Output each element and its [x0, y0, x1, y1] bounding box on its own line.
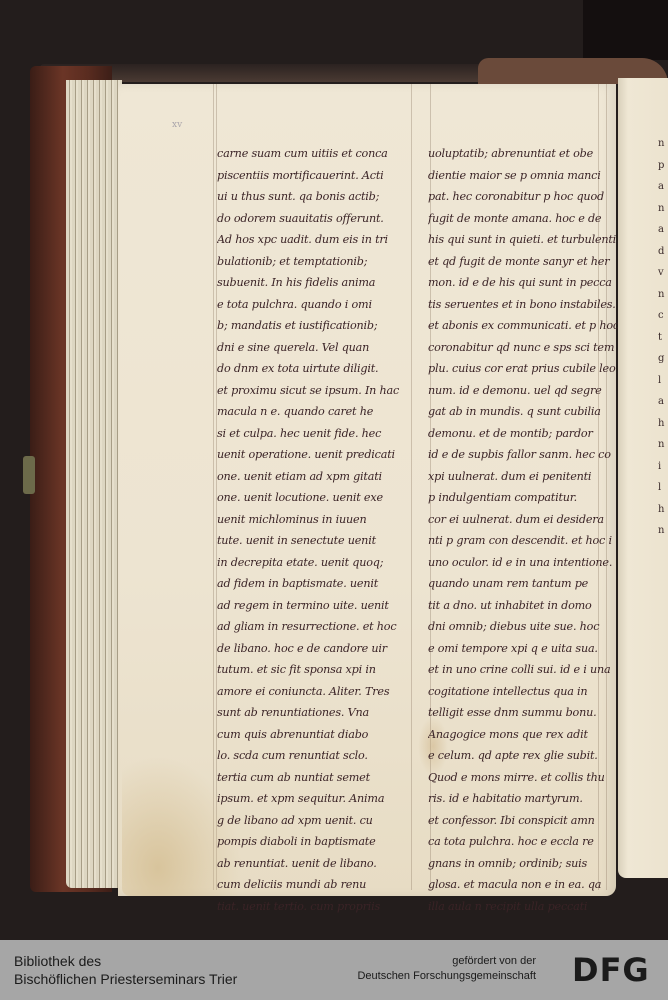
- facing-page-letter: p: [658, 155, 664, 177]
- funding-line-2: Deutschen Forschungsgemeinschaft: [357, 969, 536, 984]
- manuscript-line: num. id e demonu. uel qd segre: [428, 380, 618, 402]
- library-name: Bibliothek des Bischöflichen Priestersem…: [14, 952, 237, 988]
- manuscript-line: gat ab in mundis. q sunt cubilia: [428, 401, 618, 423]
- manuscript-line: ca tota pulchra. hoc e eccla re: [428, 831, 618, 853]
- manuscript-line: de libano. hoc e de candore uir: [217, 638, 407, 660]
- manuscript-line: uoluptatib; abrenuntiat et obe: [428, 143, 618, 165]
- manuscript-line: plu. cuius cor erat prius cubile leo: [428, 358, 618, 380]
- manuscript-line: xpi uulnerat. dum ei penitenti: [428, 466, 618, 488]
- manuscript-line: his qui sunt in quieti. et turbulenti: [428, 229, 618, 251]
- manuscript-line: mon. id e de his qui sunt in pecca: [428, 272, 618, 294]
- manuscript-line: lo. scda cum renuntiat sclo.: [217, 745, 407, 767]
- manuscript-line: et in uno crine colli sui. id e i una: [428, 659, 618, 681]
- manuscript-line: coronabitur qd nunc e sps sci tem: [428, 337, 618, 359]
- manuscript-line: Quod e mons mirre. et collis thu: [428, 767, 618, 789]
- manuscript-line: ad gliam in resurrectione. et hoc: [217, 616, 407, 638]
- manuscript-line: macula n e. quando caret he: [217, 401, 407, 423]
- library-line-2: Bischöflichen Priesterseminars Trier: [14, 970, 237, 988]
- funding-line-1: gefördert von der: [357, 954, 536, 969]
- dfg-logo: DFG: [572, 952, 650, 988]
- facing-page-letter: n: [658, 133, 664, 155]
- manuscript-line: bulationib; et temptationib;: [217, 251, 407, 273]
- facing-page-letter: n: [658, 284, 664, 306]
- manuscript-line: dientie maior se p omnia manci: [428, 165, 618, 187]
- manuscript-line: in decrepita etate. uenit quoq;: [217, 552, 407, 574]
- manuscript-line: et qd fugit de monte sanyr et her: [428, 251, 618, 273]
- manuscript-line: tiat. uenit tertio. cum propriis: [217, 896, 407, 918]
- facing-page-letter: a: [658, 391, 664, 413]
- manuscript-line: quando unam rem tantum pe: [428, 573, 618, 595]
- manuscript-line: tutum. et sic fit sponsa xpi in: [217, 659, 407, 681]
- facing-page-letter: n: [658, 520, 664, 542]
- manuscript-line: tis seruentes et in bono instabiles.: [428, 294, 618, 316]
- manuscript-line: do odorem suauitatis offerunt.: [217, 208, 407, 230]
- manuscript-line: demonu. et de montib; pardor: [428, 423, 618, 445]
- page-edges: [66, 80, 122, 888]
- manuscript-line: cum quis abrenuntiat diabo: [217, 724, 407, 746]
- manuscript-line: et confessor. Ibi conspicit amn: [428, 810, 618, 832]
- footer-bar: Bibliothek des Bischöflichen Priestersem…: [0, 940, 668, 1000]
- manuscript-line: piscentiis mortificauerint. Acti: [217, 165, 407, 187]
- manuscript-line: dni omnib; diebus uite sue. hoc: [428, 616, 618, 638]
- manuscript-line: sunt ab renuntiationes. Vna: [217, 702, 407, 724]
- manuscript-line: fugit de monte amana. hoc e de: [428, 208, 618, 230]
- facing-page-letter: t: [658, 327, 664, 349]
- facing-page-letter: c: [658, 305, 664, 327]
- facing-page-letter: h: [658, 499, 664, 521]
- manuscript-line: amore ei coniuncta. Aliter. Tres: [217, 681, 407, 703]
- manuscript-line: ipsum. et xpm sequitur. Anima: [217, 788, 407, 810]
- facing-page-letter: a: [658, 176, 664, 198]
- manuscript-line: tit a dno. ut inhabitet in domo: [428, 595, 618, 617]
- library-line-1: Bibliothek des: [14, 952, 237, 970]
- funding-note: gefördert von der Deutschen Forschungsge…: [357, 954, 536, 984]
- facing-page-letter: n: [658, 198, 664, 220]
- manuscript-line: Ad hos xpc uadit. dum eis in tri: [217, 229, 407, 251]
- manuscript-line: subuenit. In his fidelis anima: [217, 272, 407, 294]
- manuscript-line: tertia cum ab nuntiat semet: [217, 767, 407, 789]
- manuscript-line: b; mandatis et iustificationib;: [217, 315, 407, 337]
- manuscript-line: gnans in omnib; ordinib; suis: [428, 853, 618, 875]
- manuscript-line: id e de supbis fallor sanm. hec co: [428, 444, 618, 466]
- ruling-line: [411, 84, 412, 890]
- manuscript-line: pat. hec coronabitur p hoc quod: [428, 186, 618, 208]
- manuscript-line: nti p gram con descendit. et hoc i: [428, 530, 618, 552]
- facing-page-letter: g: [658, 348, 664, 370]
- manuscript-line: one. uenit locutione. uenit exe: [217, 487, 407, 509]
- manuscript-line: carne suam cum uitiis et conca: [217, 143, 407, 165]
- manuscript-line: si et culpa. hec uenit fide. hec: [217, 423, 407, 445]
- manuscript-line: uenit operatione. uenit predicati: [217, 444, 407, 466]
- manuscript-line: p indulgentiam compatitur.: [428, 487, 618, 509]
- facing-page-letter: h: [658, 413, 664, 435]
- manuscript-line: pompis diaboli in baptismate: [217, 831, 407, 853]
- facing-page-letter: d: [658, 241, 664, 263]
- manuscript-scan: xv carne suam cum uitiis et concapiscent…: [0, 0, 668, 940]
- manuscript-line: illa aula n recipit ulla peccati: [428, 896, 618, 918]
- manuscript-line: e omi tempore xpi q e uita sua.: [428, 638, 618, 660]
- facing-page-edge: npanadvnctglahnilhn: [618, 78, 668, 878]
- manuscript-line: ad fidem in baptismate. uenit: [217, 573, 407, 595]
- facing-page-letter: v: [658, 262, 664, 284]
- manuscript-line: cogitatione intellectus qua in: [428, 681, 618, 703]
- facing-page-letter: i: [658, 456, 664, 478]
- text-column-right: uoluptatib; abrenuntiat et obedientie ma…: [428, 143, 618, 917]
- manuscript-line: cum deliciis mundi ab renu: [217, 874, 407, 896]
- manuscript-line: uenit michlominus in iuuen: [217, 509, 407, 531]
- manuscript-line: glosa. et macula non e in ea. qa: [428, 874, 618, 896]
- manuscript-line: ad regem in termino uite. uenit: [217, 595, 407, 617]
- facing-page-letter: l: [658, 477, 664, 499]
- folio-mark: xv: [172, 120, 182, 130]
- manuscript-line: e tota pulchra. quando i omi: [217, 294, 407, 316]
- facing-page-letter: n: [658, 434, 664, 456]
- text-column-left: carne suam cum uitiis et concapiscentiis…: [217, 143, 407, 917]
- manuscript-line: ab renuntiat. uenit de libano.: [217, 853, 407, 875]
- manuscript-line: et proximu sicut se ipsum. In hac: [217, 380, 407, 402]
- manuscript-line: cor ei uulnerat. dum ei desidera: [428, 509, 618, 531]
- manuscript-line: e celum. qd apte rex glie subit.: [428, 745, 618, 767]
- manuscript-line: dni e sine querela. Vel quan: [217, 337, 407, 359]
- facing-page-letter: a: [658, 219, 664, 241]
- manuscript-line: ui u thus sunt. qa bonis actib;: [217, 186, 407, 208]
- manuscript-line: uno oculor. id e in una intentione.: [428, 552, 618, 574]
- facing-page-text: npanadvnctglahnilhn: [658, 133, 664, 542]
- manuscript-line: et abonis ex communicati. et p hoc: [428, 315, 618, 337]
- manuscript-line: do dnm ex tota uirtute diligit.: [217, 358, 407, 380]
- manuscript-line: Anagogice mons que rex adit: [428, 724, 618, 746]
- background-dark: [583, 0, 668, 60]
- manuscript-line: tute. uenit in senectute uenit: [217, 530, 407, 552]
- manuscript-line: g de libano ad xpm uenit. cu: [217, 810, 407, 832]
- facing-page-letter: l: [658, 370, 664, 392]
- manuscript-line: telligit esse dnm summu bonu.: [428, 702, 618, 724]
- book-clasp: [23, 456, 35, 494]
- manuscript-line: one. uenit etiam ad xpm gitati: [217, 466, 407, 488]
- manuscript-line: ris. id e habitatio martyrum.: [428, 788, 618, 810]
